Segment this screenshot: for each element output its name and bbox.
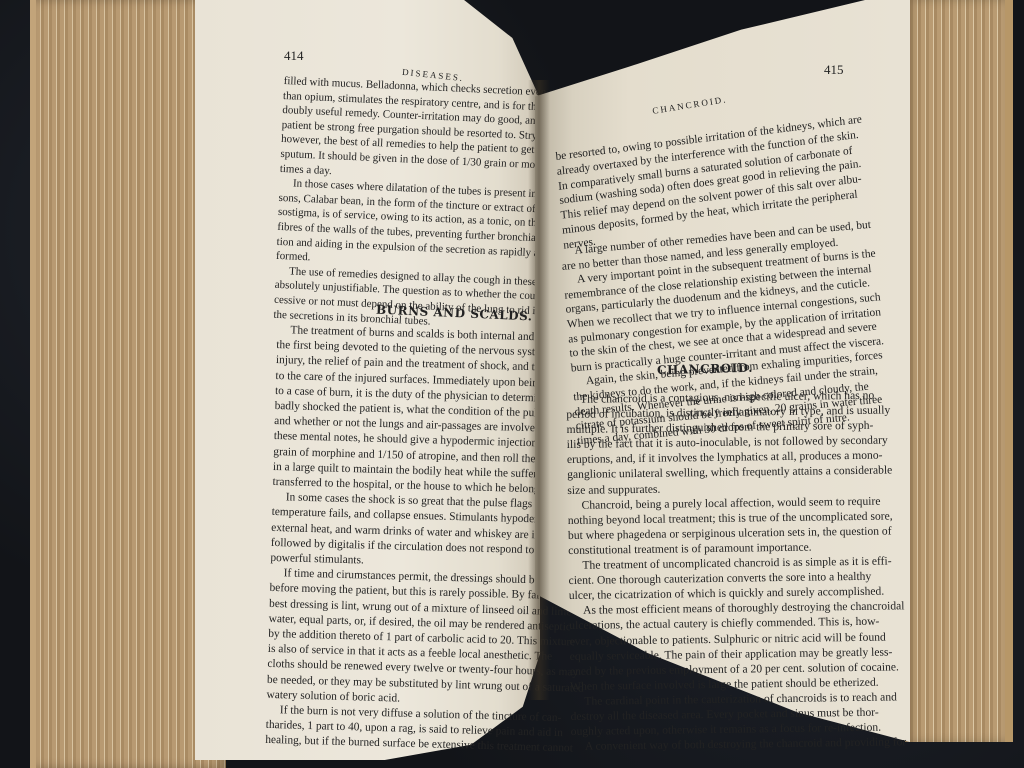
left-page: [195, 0, 540, 760]
gutter-shadow: [528, 80, 550, 700]
right-page-edges: [905, 0, 1013, 742]
